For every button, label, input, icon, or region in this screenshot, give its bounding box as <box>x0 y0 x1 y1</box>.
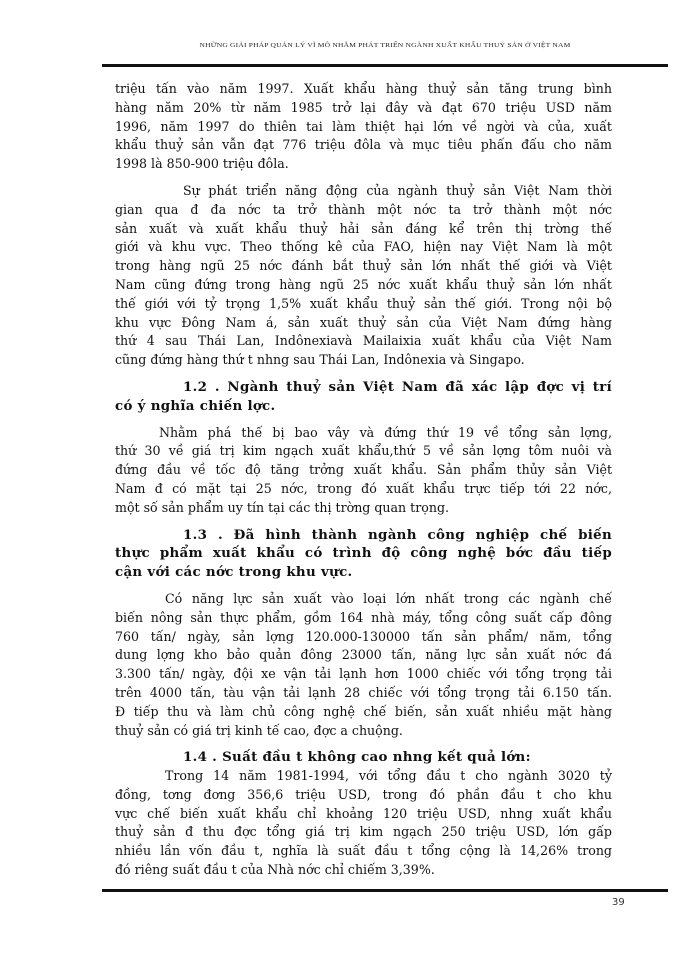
text-line: 760 tấn/ ngày, sản lợng 120.000-130000 t… <box>115 628 612 647</box>
text-line: thế giới với tỷ trọng 1,5% xuất khẩu thu… <box>115 295 612 314</box>
section-heading-1-4: 1.4 . Suất đầu t không cao nhng kết quả … <box>115 748 612 767</box>
body-text: triệu tấn vào năm 1997. Xuất khẩu hàng t… <box>115 80 612 880</box>
paragraph-dynamic-development: Sự phát triển năng động của ngành thuỷ s… <box>115 182 612 370</box>
document-page: NHỮNG GIẢI PHÁP QUẢN LÝ VĨ MÔ NHẰM PHÁT … <box>0 0 700 960</box>
text-line: Có năng lực sản xuất vào loại lớn nhất t… <box>115 590 612 609</box>
text-line: đồng, tơng đơng 356,6 triệu USD, trong đ… <box>115 786 612 805</box>
text-line: thứ 30 về giá trị kim ngạch xuất khẩu,th… <box>115 442 612 461</box>
text-line: một số sản phẩm uy tín tại các thị trờng… <box>115 499 612 518</box>
text-line: 1996, năm 1997 do thiên tai làm thiệt hạ… <box>115 118 612 137</box>
heading-line: cận với các nớc trong khu vực. <box>115 563 612 582</box>
text-line: 1998 là 850-900 triệu đôla. <box>115 155 612 174</box>
text-line: triệu tấn vào năm 1997. Xuất khẩu hàng t… <box>115 80 612 99</box>
heading-line: 1.3 . Đã hình thành ngành công nghiệp ch… <box>115 526 612 545</box>
text-line: trong hàng ngũ 25 nớc đánh bắt thuỷ sản … <box>115 257 612 276</box>
text-line: thuỷ sản đ thu đợc tổng giá trị kim ngạc… <box>115 823 612 842</box>
text-line: trên 4000 tấn, tàu vận tải lạnh 28 chiếc… <box>115 684 612 703</box>
paragraph-strategic-position: Nhằm phá thế bị bao vây và đứng thứ 19 v… <box>115 424 612 518</box>
paragraph-processing-capacity: Có năng lực sản xuất vào loại lớn nhất t… <box>115 590 612 740</box>
text-line: cũng đứng hàng thứ t nhng sau Thái Lan, … <box>115 351 612 370</box>
text-line: đứng đầu về tốc độ tăng trởng xuất khẩu.… <box>115 461 612 480</box>
section-heading-1-3: 1.3 . Đã hình thành ngành công nghiệp ch… <box>115 526 612 582</box>
text-line: Nhằm phá thế bị bao vây và đứng thứ 19 v… <box>115 424 612 443</box>
heading-line: thực phẩm xuất khẩu có trình độ công ngh… <box>115 544 612 563</box>
text-line: biến nông sản thực phẩm, gồm 164 nhà máy… <box>115 609 612 628</box>
heading-line: có ý nghĩa chiến lợc. <box>115 397 612 416</box>
heading-line: 1.2 . Ngành thuỷ sản Việt Nam đã xác lập… <box>115 378 612 397</box>
paragraph-export-growth: triệu tấn vào năm 1997. Xuất khẩu hàng t… <box>115 80 612 174</box>
running-header: NHỮNG GIẢI PHÁP QUẢN LÝ VĨ MÔ NHẰM PHÁT … <box>102 40 668 48</box>
text-line: thuỷ sản có giá trị kinh tế cao, đợc a c… <box>115 722 612 741</box>
page-number: 39 <box>612 897 625 908</box>
text-line: hàng năm 20% từ năm 1985 trở lại đây và … <box>115 99 612 118</box>
text-line: 3.300 tấn/ ngày, đội xe vận tải lạnh hơn… <box>115 665 612 684</box>
text-line: khu vực Đông Nam á, sản xuất thuỷ sản củ… <box>115 314 612 333</box>
text-line: Nam cũng đứng trong hàng ngũ 25 nớc xuất… <box>115 276 612 295</box>
text-line: Trong 14 năm 1981-1994, với tổng đầu t c… <box>115 767 612 786</box>
text-line: thứ 4 sau Thái Lan, Indônexiavà Mailaixi… <box>115 332 612 351</box>
text-line: đó riêng suất đầu t của Nhà nớc chỉ chiế… <box>115 861 612 880</box>
heading-line: 1.4 . Suất đầu t không cao nhng kết quả … <box>115 748 612 767</box>
text-line: khẩu thuỷ sản vẫn đạt 776 triệu đôla và … <box>115 136 612 155</box>
text-line: dung lợng kho bảo quản đông 23000 tấn, n… <box>115 646 612 665</box>
header-rule <box>102 64 668 67</box>
text-line: vực chế biến xuất khẩu chỉ khoảng 120 tr… <box>115 805 612 824</box>
text-line: gian qua đ đa nớc ta trở thành một nớc t… <box>115 201 612 220</box>
text-line: sản xuất và xuất khẩu thuỷ hải sản đáng … <box>115 220 612 239</box>
section-heading-1-2: 1.2 . Ngành thuỷ sản Việt Nam đã xác lập… <box>115 378 612 416</box>
footer-rule <box>102 889 668 892</box>
text-line: Nam đ có mặt tại 25 nớc, trong đó xuất k… <box>115 480 612 499</box>
text-line: nhiều lần vốn đầu t, nghĩa là suất đầu t… <box>115 842 612 861</box>
text-line: giới và khu vực. Theo thống kê của FAO, … <box>115 238 612 257</box>
text-line: Sự phát triển năng động của ngành thuỷ s… <box>115 182 612 201</box>
text-line: Đ tiếp thu và làm chủ công nghệ chế biến… <box>115 703 612 722</box>
paragraph-investment-efficiency: Trong 14 năm 1981-1994, với tổng đầu t c… <box>115 767 612 880</box>
